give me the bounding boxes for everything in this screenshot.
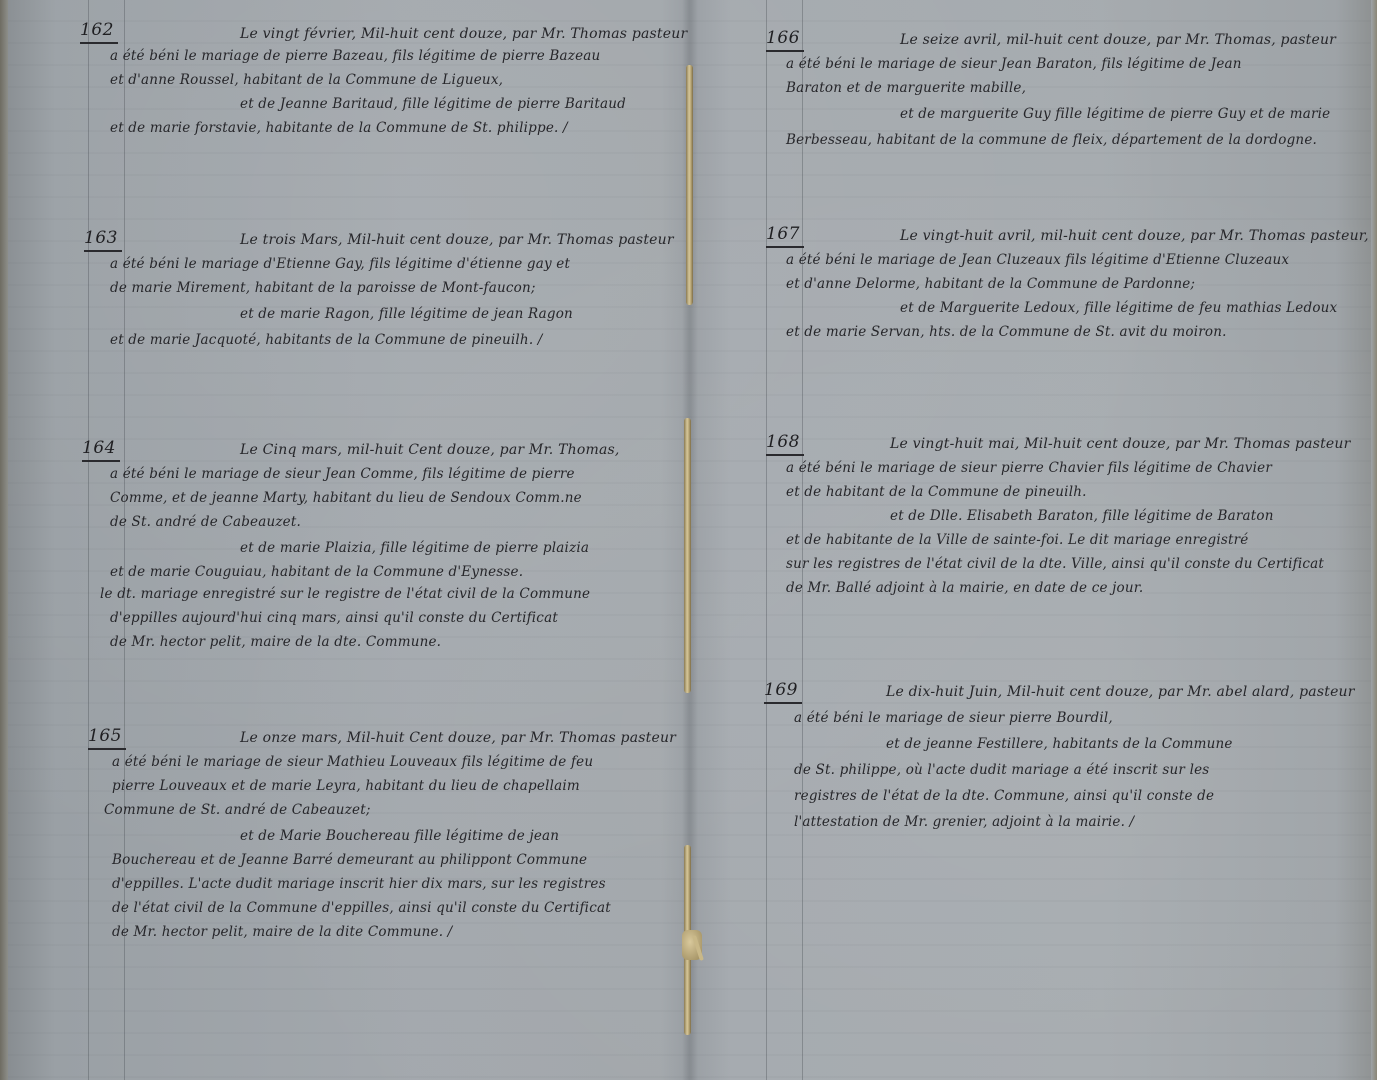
entry-line: et de marie Jacquoté, habitants de la Co… xyxy=(110,332,543,348)
entry-line: et de Jeanne Baritaud, fille légitime de… xyxy=(240,96,626,112)
entry-line: et de habitant de la Commune de pineuilh… xyxy=(786,484,1087,500)
entry-line: a été béni le mariage de sieur pierre Ch… xyxy=(786,460,1272,476)
entry-line: a été béni le mariage de Jean Cluzeaux f… xyxy=(786,252,1289,268)
entry-line: a été béni le mariage de sieur Mathieu L… xyxy=(112,754,593,770)
entry-line: registres de l'état de la dte. Commune, … xyxy=(794,788,1214,804)
left-page: 162 Le vingt février, Mil-huit cent douz… xyxy=(0,0,690,1080)
entry-line: le dt. mariage enregistré sur le registr… xyxy=(100,586,590,602)
entry-line: Baraton et de marguerite mabille, xyxy=(786,80,1026,96)
entry-line: de Mr. hector pelit, maire de la dte. Co… xyxy=(110,634,441,650)
entry-number: 164 xyxy=(82,438,120,462)
entry-number: 169 xyxy=(764,680,802,704)
entry-line: et de jeanne Festillere, habitants de la… xyxy=(886,736,1233,752)
margin-rule xyxy=(124,0,125,1080)
entry-line: Berbesseau, habitant de la commune de fl… xyxy=(786,132,1317,148)
entry-line: de l'état civil de la Commune d'eppilles… xyxy=(112,900,611,916)
entry-line: d'eppilles. L'acte dudit mariage inscrit… xyxy=(112,876,606,892)
entry-number: 166 xyxy=(766,28,804,52)
margin-rule xyxy=(766,0,767,1080)
entry-number: 168 xyxy=(766,432,804,456)
entry-line: et d'anne Roussel, habitant de la Commun… xyxy=(110,72,503,88)
entry-number: 167 xyxy=(766,224,804,248)
entry-line: de St. philippe, où l'acte dudit mariage… xyxy=(794,762,1209,778)
entry-line: Le vingt-huit mai, Mil-huit cent douze, … xyxy=(890,436,1351,452)
entry-line: et d'anne Delorme, habitant de la Commun… xyxy=(786,276,1195,292)
entry-line: a été béni le mariage d'Etienne Gay, fil… xyxy=(110,256,570,272)
entry-line: et de marie Couguiau, habitant de la Com… xyxy=(110,564,523,580)
entry-line: et de marie Servan, hts. de la Commune d… xyxy=(786,324,1227,340)
entry-line: Bouchereau et de Jeanne Barré demeurant … xyxy=(112,852,587,868)
entry-line: l'attestation de Mr. grenier, adjoint à … xyxy=(794,814,1134,830)
register-spread: 162 Le vingt février, Mil-huit cent douz… xyxy=(0,0,1377,1080)
entry-line: a été béni le mariage de sieur Jean Bara… xyxy=(786,56,1242,72)
margin-rule xyxy=(88,0,89,1080)
entry-number: 162 xyxy=(80,20,118,44)
entry-line: Le trois Mars, Mil-huit cent douze, par … xyxy=(240,232,674,248)
entry-line: d'eppilles aujourd'hui cinq mars, ainsi … xyxy=(110,610,558,626)
entry-line: Le vingt février, Mil-huit cent douze, p… xyxy=(240,26,687,42)
entry-number: 165 xyxy=(88,726,126,750)
entry-line: de St. andré de Cabeauzet. xyxy=(110,514,301,530)
entry-line: Commune de St. andré de Cabeauzet; xyxy=(104,802,371,818)
entry-line: et de marie Ragon, fille légitime de jea… xyxy=(240,306,573,322)
entry-line: sur les registres de l'état civil de la … xyxy=(786,556,1324,572)
entry-line: Le dix-huit Juin, Mil-huit cent douze, p… xyxy=(886,684,1355,700)
entry-line: pierre Louveaux et de marie Leyra, habit… xyxy=(112,778,580,794)
entry-line: a été béni le mariage de sieur pierre Bo… xyxy=(794,710,1113,726)
entry-line: et de Dlle. Elisabeth Baraton, fille lég… xyxy=(890,508,1274,524)
entry-line: a été béni le mariage de pierre Bazeau, … xyxy=(110,48,600,64)
entry-line: et de marguerite Guy fille légitime de p… xyxy=(900,106,1330,122)
entry-number: 163 xyxy=(84,228,122,252)
entry-line: Le Cinq mars, mil-huit Cent douze, par M… xyxy=(240,442,620,458)
entry-line: Le seize avril, mil-huit cent douze, par… xyxy=(900,32,1336,48)
right-page: 166 Le seize avril, mil-huit cent douze,… xyxy=(690,0,1377,1080)
entry-line: et de marie Plaizia, fille légitime de p… xyxy=(240,540,589,556)
entry-line: et de marie forstavie, habitante de la C… xyxy=(110,120,568,136)
entry-line: Le onze mars, Mil-huit Cent douze, par M… xyxy=(240,730,676,746)
entry-line: de Mr. Ballé adjoint à la mairie, en dat… xyxy=(786,580,1143,596)
entry-line: Le vingt-huit avril, mil-huit cent douze… xyxy=(900,228,1369,244)
entry-line: et de Marie Bouchereau fille légitime de… xyxy=(240,828,559,844)
entry-line: a été béni le mariage de sieur Jean Comm… xyxy=(110,466,575,482)
entry-line: et de habitante de la Ville de sainte-fo… xyxy=(786,532,1248,548)
entry-line: et de Marguerite Ledoux, fille légitime … xyxy=(900,300,1337,316)
entry-line: Comme, et de jeanne Marty, habitant du l… xyxy=(110,490,582,506)
entry-line: de Mr. hector pelit, maire de la dite Co… xyxy=(112,924,452,940)
entry-line: de marie Mirement, habitant de la parois… xyxy=(110,280,536,296)
